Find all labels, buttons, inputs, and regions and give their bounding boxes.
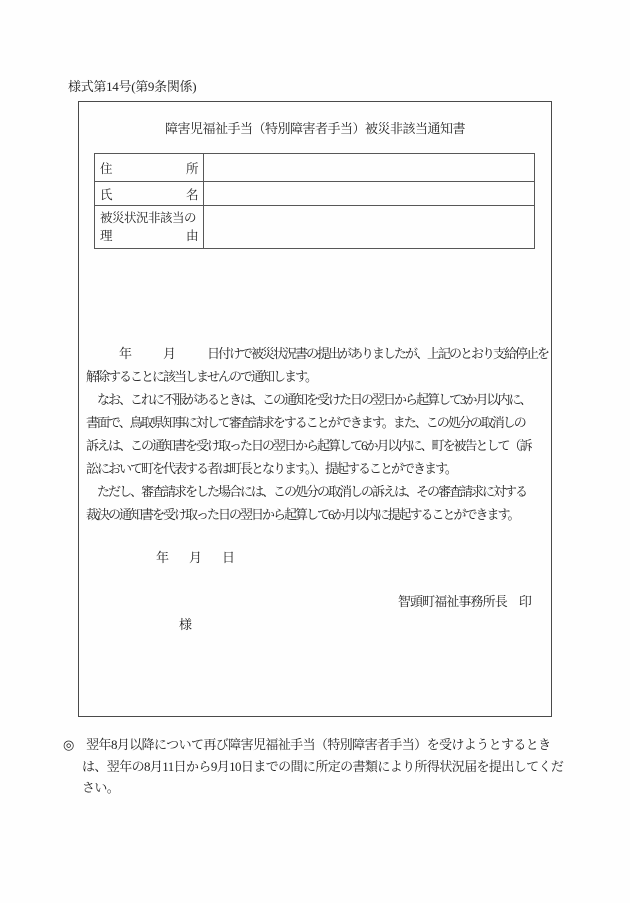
table-row-reason: 被災状況非該当の 理 由 bbox=[95, 205, 534, 248]
document-page: 様式第14号(第9条関係) 障害児福祉手当（特別障害者手当）被災非該当通知書 住… bbox=[0, 0, 630, 903]
document-title: 障害児福祉手当（特別障害者手当）被災非該当通知書 bbox=[79, 118, 551, 137]
notice-body-line: 書面で、鳥取県知事に対して審査請求をすることができます。また、この処分の取消しの bbox=[86, 411, 548, 434]
footer-note-line3: さい。 bbox=[63, 777, 568, 799]
notice-border-box: 障害児福祉手当（特別障害者手当）被災非該当通知書 住 所 氏 名 bbox=[78, 101, 552, 717]
notice-body-text: 年 月 日付けで被災状況書の提出がありましたが、上記のとおり支給停止を解除するこ… bbox=[86, 342, 548, 526]
notice-body-line: 訟において町を代表する者は町長となります。）、提起することができます。 bbox=[86, 457, 548, 480]
reason-label-cell: 被災状況非該当の 理 由 bbox=[95, 206, 204, 248]
table-row-name: 氏 名 bbox=[95, 181, 534, 205]
issuer-signature: 智頭町福祉事務所長 印 bbox=[398, 591, 531, 610]
form-number-label: 様式第14号(第9条関係) bbox=[68, 79, 196, 95]
name-label-left: 氏 bbox=[100, 185, 112, 203]
recipient-info-table: 住 所 氏 名 被災状況非該当の bbox=[94, 153, 535, 249]
reason-label-line2-left: 理 bbox=[100, 227, 112, 245]
name-value-cell bbox=[204, 182, 534, 205]
notice-body-line: 訴えは、この通知書を受け取った日の翌日から起算して6か月以内に、町を被告として（… bbox=[86, 434, 548, 457]
footer-note: ◎ 翌年8月以降について再び障害児福祉手当（特別障害者手当）を受けようとするとき… bbox=[63, 734, 568, 799]
reason-label-line2-right: 由 bbox=[186, 227, 198, 245]
notice-body-line: ただし、審査請求をした場合には、この処分の取消しの訴えは、その審査請求に対する bbox=[86, 480, 548, 503]
reason-value-cell bbox=[204, 206, 534, 248]
table-row-address: 住 所 bbox=[95, 154, 534, 181]
address-label-cell: 住 所 bbox=[95, 154, 204, 181]
address-value-cell bbox=[204, 154, 534, 181]
notice-body-line: 解除することに該当しませんので通知します。 bbox=[86, 365, 548, 388]
notice-body-line: 裁決の通知書を受け取った日の翌日から起算して6か月以内に提起することができます。 bbox=[86, 503, 548, 526]
notice-body-line: なお、これに不服があるときは、この通知を受けた日の翌日から起算して3か月以内に、 bbox=[86, 388, 548, 411]
name-label-cell: 氏 名 bbox=[95, 182, 204, 205]
footer-note-line2: は、翌年の8月11日から9月10日までの間に所定の書類により所得状況届を提出して… bbox=[63, 756, 568, 778]
address-label-left: 住 bbox=[100, 159, 112, 177]
footer-note-line1: ◎ 翌年8月以降について再び障害児福祉手当（特別障害者手当）を受けようとするとき bbox=[63, 734, 568, 756]
name-label-right: 名 bbox=[186, 185, 198, 203]
issue-date-line: 年 月 日 bbox=[156, 547, 233, 566]
notice-body-line: 年 月 日付けで被災状況書の提出がありましたが、上記のとおり支給停止を bbox=[86, 342, 548, 365]
addressee-sama-label: 様 bbox=[179, 614, 192, 633]
address-label-right: 所 bbox=[186, 159, 198, 177]
reason-label-line1: 被災状況非該当の bbox=[100, 209, 198, 227]
